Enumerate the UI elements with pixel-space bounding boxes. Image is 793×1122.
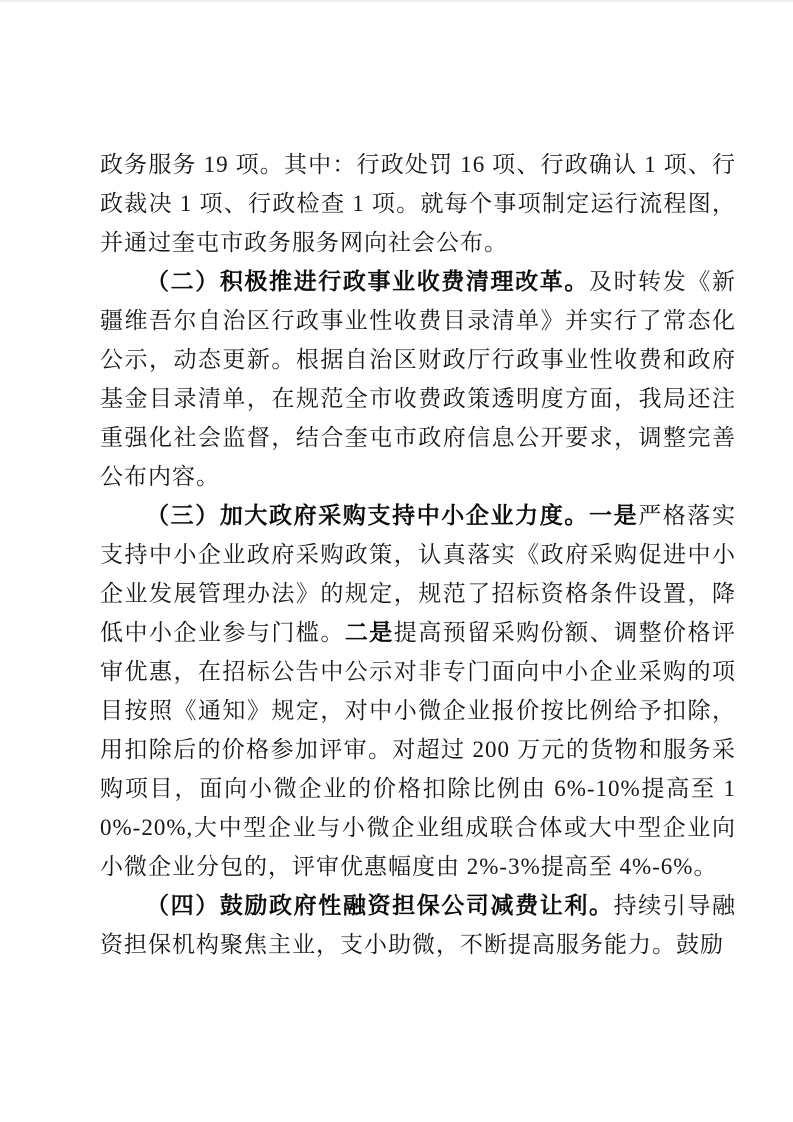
bold-text-run: （三）加大政府采购支持中小企业力度。 bbox=[146, 503, 589, 528]
bold-text-run: （二）积极推进行政事业收费清理改革。 bbox=[146, 269, 589, 294]
paragraph: 政务服务 19 项。其中：行政处罚 16 项、行政确认 1 项、行政裁决 1 项… bbox=[100, 145, 736, 262]
text-run: 政务服务 19 项。其中：行政处罚 16 项、行政确认 1 项、行政裁决 1 项… bbox=[100, 152, 736, 255]
text-run: 及时转发《新疆维吾尔自治区行政事业性收费目录清单》并实行了常态化公示，动态更新。… bbox=[100, 269, 736, 489]
paragraph: （四）鼓励政府性融资担保公司减费让利。持续引导融资担保机构聚焦主业，支小助微，不… bbox=[100, 886, 736, 964]
paragraph: （三）加大政府采购支持中小企业力度。一是严格落实支持中小企业政府采购政策，认真落… bbox=[100, 496, 736, 886]
document-body: 政务服务 19 项。其中：行政处罚 16 项、行政确认 1 项、行政裁决 1 项… bbox=[100, 145, 736, 964]
bold-text-run: （四）鼓励政府性融资担保公司减费让利。 bbox=[146, 893, 614, 918]
text-run: 提高预留采购份额、调整价格评审优惠，在招标公告中公示对非专门面向中小企业采购的项… bbox=[100, 620, 736, 879]
paragraph: （二）积极推进行政事业收费清理改革。及时转发《新疆维吾尔自治区行政事业性收费目录… bbox=[100, 262, 736, 496]
document-page: 政务服务 19 项。其中：行政处罚 16 项、行政确认 1 项、行政裁决 1 项… bbox=[0, 0, 793, 1122]
bold-text-run: 二是 bbox=[345, 620, 394, 645]
bold-text-run: 一是 bbox=[589, 503, 638, 528]
